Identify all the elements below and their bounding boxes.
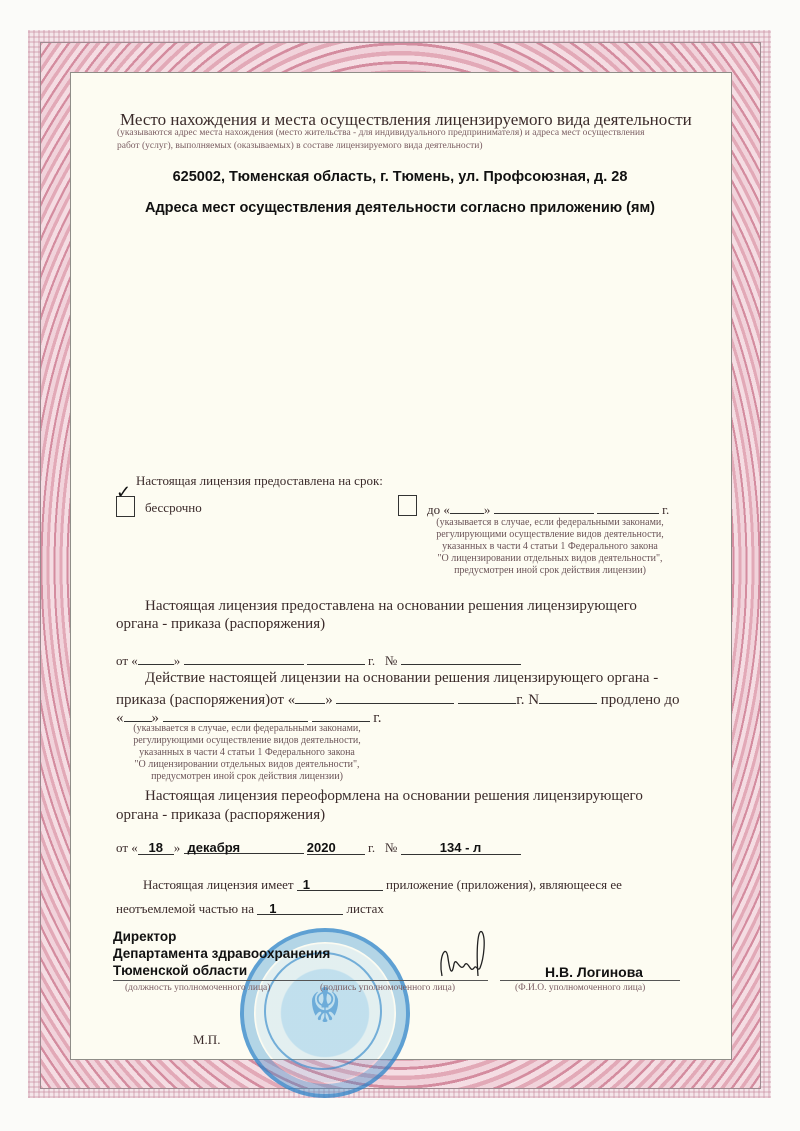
term-hint-line: (указывается в случае, если федеральными… (420, 517, 680, 529)
reissue-line2: органа - приказа (распоряжения) (116, 807, 325, 824)
until-year-blank[interactable] (597, 499, 659, 514)
address: 625002, Тюменская область, г. Тюмень, ул… (0, 169, 800, 185)
location-hint: (указываются адрес места нахождения (мес… (117, 127, 677, 153)
extension-number-blank[interactable] (539, 689, 597, 704)
position-line3: Тюменской области (113, 962, 330, 979)
appendix-text-a: Настоящая лицензия имеет (143, 877, 294, 892)
extension-hint-line: регулирующими осуществление видов деятел… (112, 735, 382, 747)
location-hint-line2: работ (услуг), выполняемых (оказываемых)… (117, 140, 677, 153)
checkmark-icon: ✓ (116, 482, 131, 503)
caption-position: (должность уполномоченного лица) (125, 982, 270, 995)
signatory-position: Директор Департамента здравоохранения Тю… (113, 928, 330, 979)
until-open-quote: до « (427, 502, 450, 517)
reissue-year[interactable]: 2020 (307, 840, 365, 855)
extension-day-blank[interactable] (295, 689, 325, 704)
address-note: Адреса мест осуществления деятельности с… (0, 200, 800, 216)
appendix-line2: неотъемлемой частью на 1 листах (116, 901, 384, 917)
reissue-line1: Настоящая лицензия переоформлена на осно… (145, 788, 643, 805)
basis-day-blank[interactable] (138, 650, 174, 665)
extension-until-year-blank[interactable] (312, 707, 370, 722)
reissue-year-suffix: г. (368, 840, 375, 855)
caption-name: (Ф.И.О. уполномоченного лица) (515, 982, 645, 995)
until-year-suffix: г. (662, 502, 669, 517)
extension-hint-line: "О лицензировании отдельных видов деятел… (112, 759, 382, 771)
basis-date-field: от «» г. № (116, 650, 521, 669)
until-close-quote: » (484, 502, 491, 517)
appendix-line1: Настоящая лицензия имеет 1 приложение (п… (143, 877, 622, 893)
signatory-name: Н.В. Логинова (545, 964, 643, 980)
extension-from: приказа (распоряжения)от « (116, 692, 295, 708)
extension-close-quote: » (325, 692, 333, 708)
location-hint-line1: (указываются адрес места нахождения (мес… (117, 127, 677, 140)
until-date-field: до «» г. (427, 499, 669, 518)
reissue-date-field: от «18» декабря 2020 г. № 134 - л (116, 840, 521, 856)
term-label: Настоящая лицензия предоставлена на срок… (136, 473, 383, 489)
basis-close-quote: » (174, 653, 181, 668)
caption-signature: (подпись уполномоченного лица) (320, 982, 455, 995)
position-line1: Директор (113, 928, 330, 945)
appendix-text-b: приложение (приложения), являющееся ее (386, 877, 622, 892)
basis-from: от « (116, 653, 138, 668)
until-date-checkbox[interactable] (398, 495, 417, 516)
handwritten-signature (432, 928, 492, 980)
appendix-text-c: неотъемлемой частью на (116, 901, 254, 916)
until-month-blank[interactable] (494, 499, 594, 514)
basis-number-blank[interactable] (401, 650, 521, 665)
term-hint-line: предусмотрен иной срок действия лицензии… (420, 565, 680, 577)
until-day-blank[interactable] (450, 499, 484, 514)
position-signature-line (113, 980, 488, 981)
reissue-month[interactable]: декабря (184, 840, 304, 854)
extension-month-blank[interactable] (336, 689, 454, 704)
basis-month-blank[interactable] (184, 650, 304, 665)
basis-number-sign: № (385, 653, 397, 668)
extension-hint-line: указанных в части 4 статьи 1 Федеральног… (112, 747, 382, 759)
basis-year-blank[interactable] (307, 650, 365, 665)
extension-hint-line: предусмотрен иной срок действия лицензии… (112, 771, 382, 783)
basis-line2: органа - приказа (распоряжения) (116, 616, 325, 633)
term-hint-line: указанных в части 4 статьи 1 Федеральног… (420, 541, 680, 553)
basis-year-suffix: г. (368, 653, 375, 668)
extension-hint: (указывается в случае, если федеральными… (112, 723, 382, 783)
unlimited-label: бессрочно (145, 500, 202, 516)
extension-year-blank[interactable] (458, 689, 516, 704)
reissue-from: от « (116, 840, 138, 855)
position-line2: Департамента здравоохранения (113, 945, 330, 962)
extension-extended-until: продлено до (601, 692, 680, 708)
term-hint-line: "О лицензировании отдельных видов деятел… (420, 553, 680, 565)
extension-until-day-blank[interactable] (124, 707, 152, 722)
basis-line1: Настоящая лицензия предоставлена на осно… (145, 598, 637, 615)
seal-place-label: М.П. (193, 1032, 220, 1048)
term-hint-line: регулирующими осуществление видов деятел… (420, 529, 680, 541)
appendix-count[interactable]: 1 (297, 877, 383, 891)
name-line (500, 980, 680, 981)
extension-line1: Действие настоящей лицензии на основании… (145, 670, 658, 687)
reissue-number[interactable]: 134 - л (401, 840, 521, 855)
term-hint: (указывается в случае, если федеральными… (420, 517, 680, 577)
reissue-close-quote: » (174, 840, 181, 855)
extension-hint-line: (указывается в случае, если федеральными… (112, 723, 382, 735)
appendix-sheets[interactable]: 1 (257, 901, 343, 915)
extension-line2: приказа (распоряжения)от «» г. N продлен… (116, 689, 680, 709)
reissue-day[interactable]: 18 (138, 840, 174, 855)
appendix-text-d: листах (347, 901, 384, 916)
reissue-number-sign: № (385, 840, 397, 855)
extension-year-suffix: г. N (516, 692, 539, 708)
extension-until-month-blank[interactable] (163, 707, 308, 722)
